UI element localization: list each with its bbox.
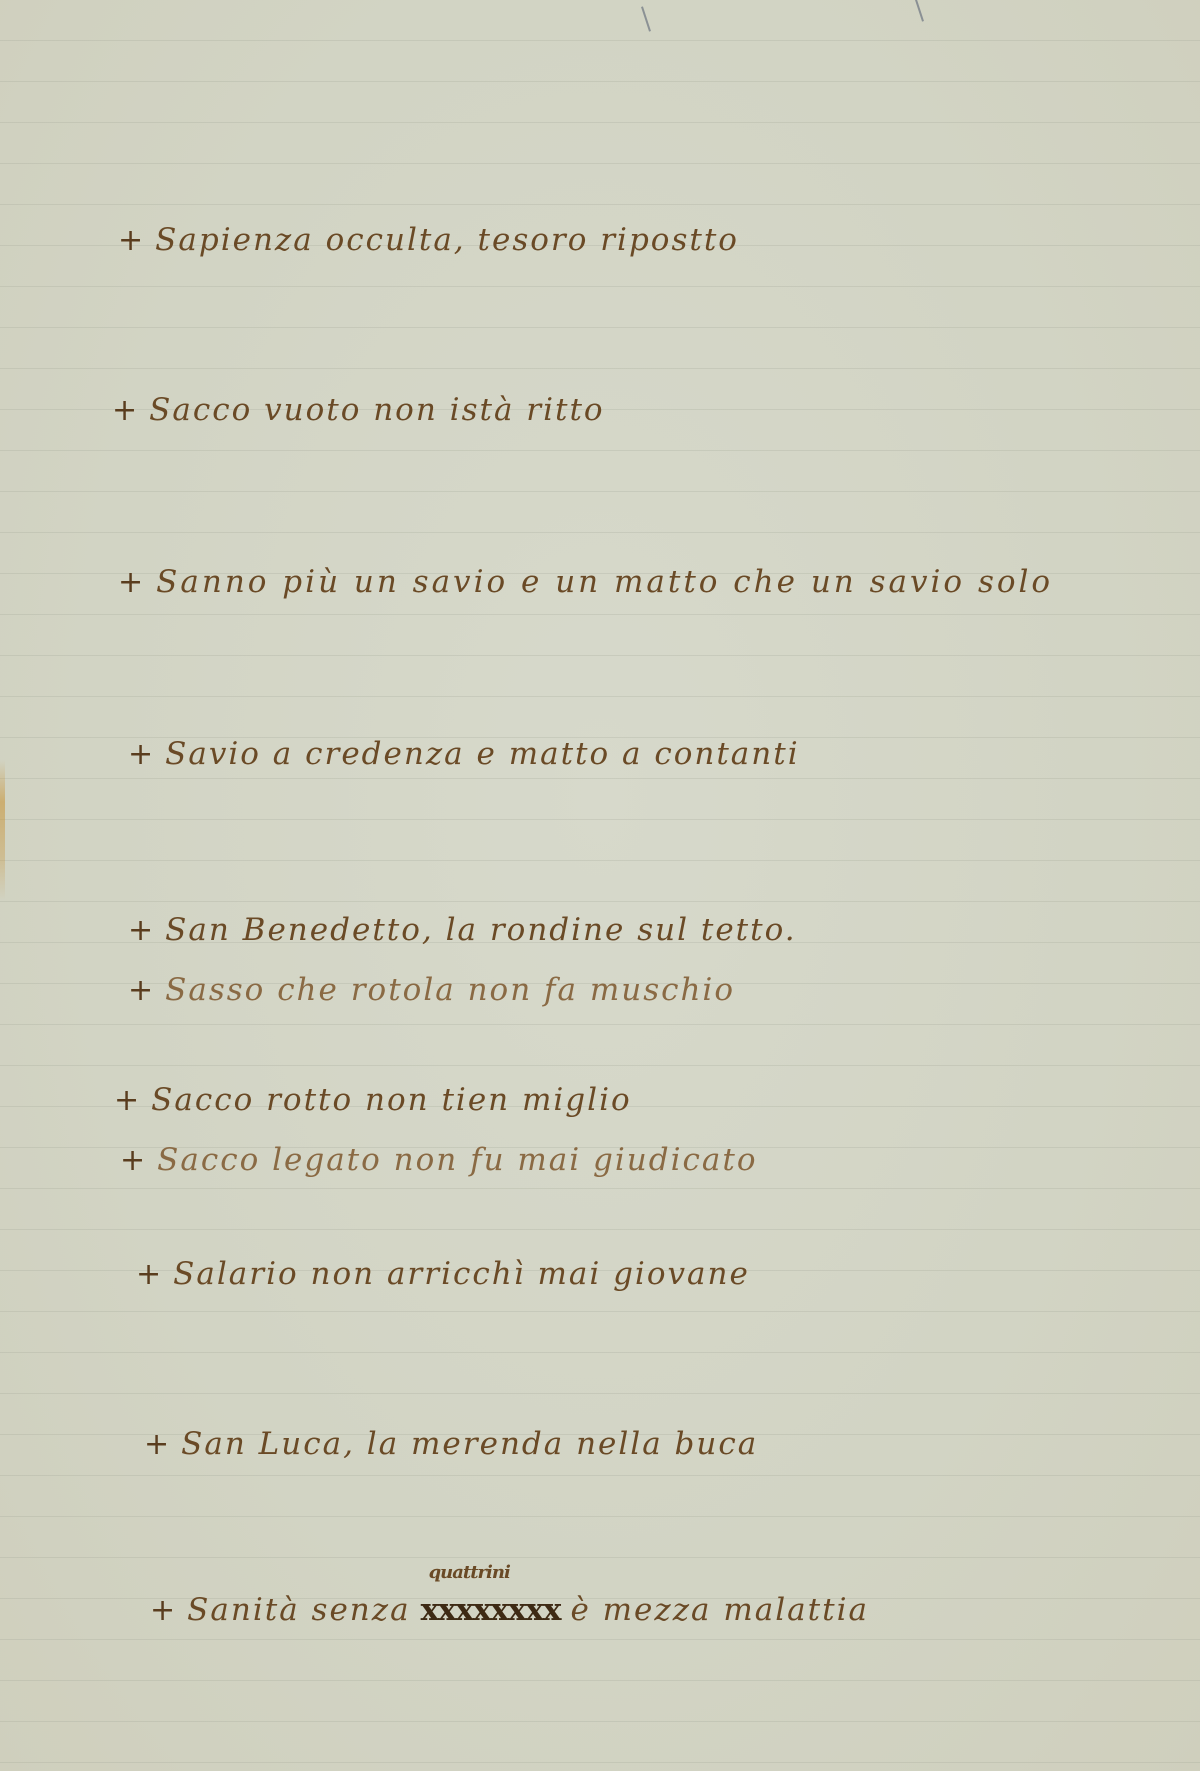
- proverb-line: + Sasso che rotola non fa muschio: [128, 972, 735, 1008]
- proverb-text: Sacco vuoto non istà ritto: [149, 392, 604, 428]
- proverb-line: + San Benedetto, la rondine sul tetto.: [128, 912, 797, 948]
- manuscript-page: + Sapienza occulta, tesoro ripostto + Sa…: [0, 0, 1200, 1771]
- proverb-text: Salario non arricchì mai giovane: [173, 1256, 750, 1292]
- cross-mark-icon: +: [118, 565, 146, 600]
- cross-mark-icon: +: [150, 1593, 177, 1628]
- struck-out-word: quattrini xxxxxxxx: [421, 1592, 561, 1628]
- cross-mark-icon: +: [120, 1143, 147, 1178]
- ink-mark: [914, 0, 924, 22]
- proverb-text: San Luca, la merenda nella buca: [181, 1426, 758, 1462]
- proverb-line: + Sanno più un savio e un matto che un s…: [118, 564, 1053, 600]
- proverb-text: Savio a credenza e matto a contanti: [165, 736, 799, 772]
- proverb-text-before: Sanità senza: [187, 1592, 410, 1628]
- proverb-line: + Sacco legato non fu mai giudicato: [120, 1142, 758, 1178]
- interlinear-insertion: quattrini: [429, 1562, 510, 1583]
- struck-word-text: xxxxxxxx: [421, 1592, 561, 1628]
- proverb-text: Sacco rotto non tien miglio: [151, 1082, 632, 1118]
- cross-mark-icon: +: [144, 1427, 171, 1462]
- cross-mark-icon: +: [112, 393, 139, 428]
- proverb-line: + Sacco rotto non tien miglio: [114, 1082, 632, 1118]
- proverb-line: + Savio a credenza e matto a contanti: [128, 736, 800, 772]
- proverb-text: Sapienza occulta, tesoro ripostto: [155, 222, 739, 258]
- cross-mark-icon: +: [136, 1257, 163, 1292]
- cross-mark-icon: +: [128, 973, 155, 1008]
- ink-mark: [641, 6, 651, 31]
- cross-mark-icon: +: [128, 737, 155, 772]
- proverb-line: + Sapienza occulta, tesoro ripostto: [118, 222, 739, 258]
- cross-mark-icon: +: [118, 223, 145, 258]
- proverb-line: + Salario non arricchì mai giovane: [136, 1256, 750, 1292]
- proverb-text: San Benedetto, la rondine sul tetto.: [165, 912, 796, 948]
- paper-stain: [0, 760, 5, 900]
- proverb-text-after: è mezza malattia: [570, 1592, 869, 1628]
- proverb-text: Sasso che rotola non fa muschio: [165, 972, 735, 1008]
- proverb-line: + San Luca, la merenda nella buca: [144, 1426, 758, 1462]
- proverb-text: Sacco legato non fu mai giudicato: [157, 1142, 757, 1178]
- cross-mark-icon: +: [114, 1083, 141, 1118]
- cross-mark-icon: +: [128, 913, 155, 948]
- proverb-text: Sanno più un savio e un matto che un sav…: [156, 564, 1053, 600]
- proverb-line: + Sacco vuoto non istà ritto: [112, 392, 605, 428]
- proverb-line: + Sanità senza quattrini xxxxxxxx è mezz…: [150, 1592, 869, 1628]
